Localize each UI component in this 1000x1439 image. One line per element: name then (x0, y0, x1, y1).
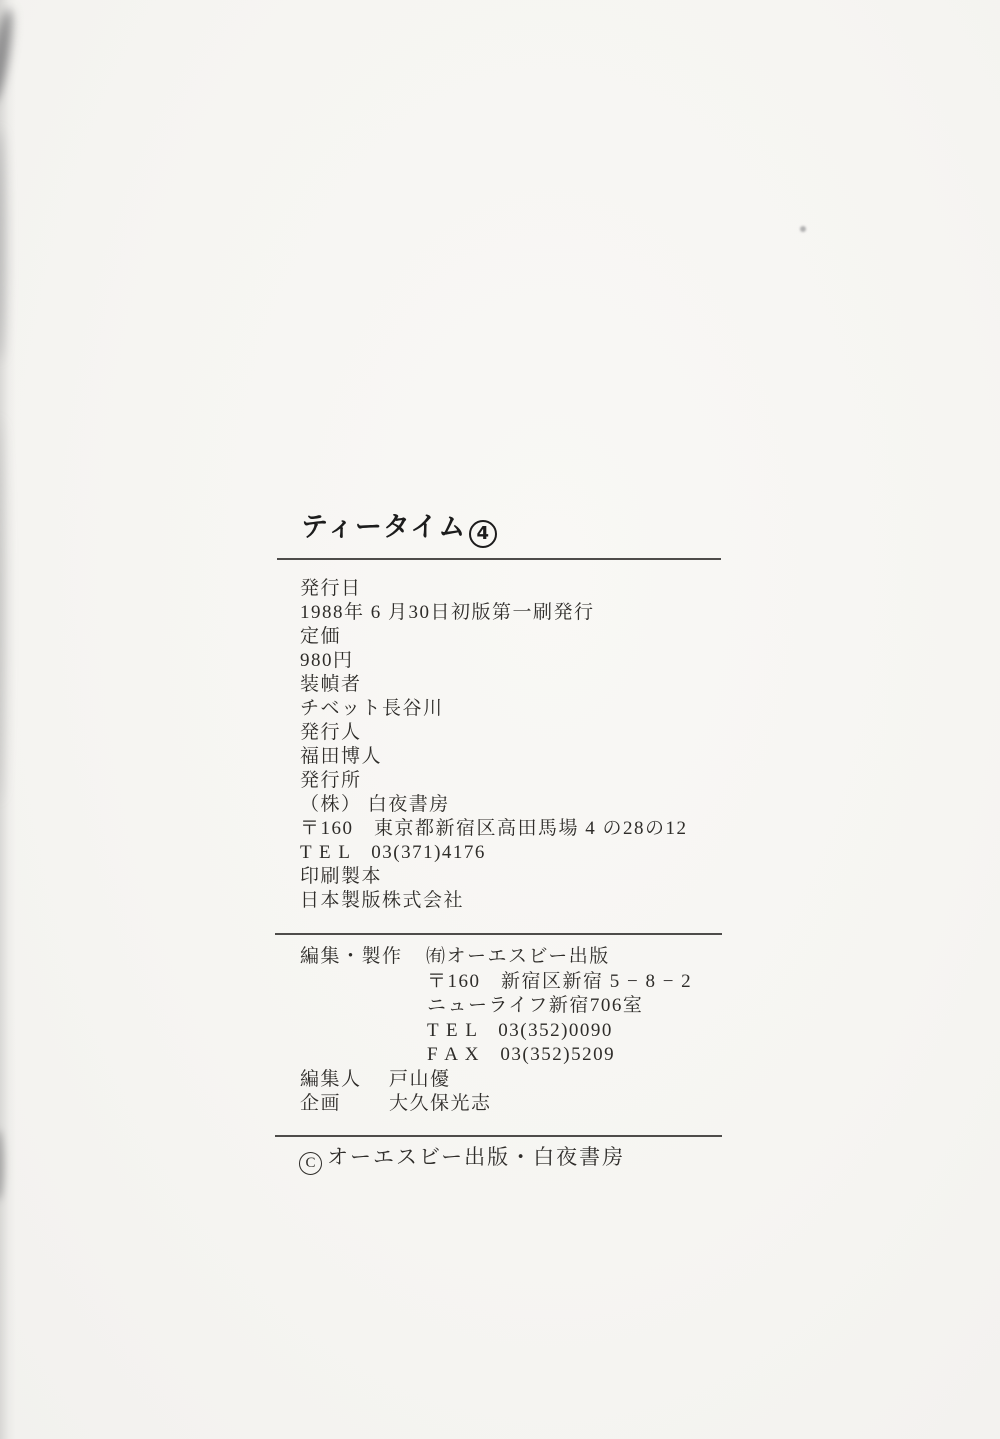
colophon-line-issue-date: 1988年 6 月30日初版第一刷発行 (300, 601, 688, 625)
editing-address-line2: ニューライフ新宿706室 (300, 994, 692, 1019)
divider-top (277, 558, 721, 560)
copyright-line: Cオーエスビー出版・白夜書房 (299, 1143, 625, 1175)
divider-middle (275, 933, 722, 935)
copyright-holders: オーエスビー出版・白夜書房 (327, 1145, 625, 1169)
editing-tel: T E L 03(352)0090 (300, 1019, 692, 1044)
editing-production-label: 編集・製作 (300, 945, 426, 970)
editing-info-block: 編集・製作㈲オーエスビー出版 〒160 新宿区新宿 5 − 8 − 2 ニューラ… (300, 945, 692, 1117)
colophon-line-issue-date-label: 発行日 (300, 577, 688, 601)
colophon-line-price-label: 定価 (300, 625, 688, 649)
publication-info-block: 発行日 1988年 6 月30日初版第一刷発行 定価 980円 装幀者 チベット… (300, 577, 688, 913)
colophon-line-designer-label: 装幀者 (300, 673, 688, 697)
editing-production-row: 編集・製作㈲オーエスビー出版 (300, 945, 692, 970)
editing-fax: F A X 03(352)5209 (300, 1043, 692, 1068)
colophon-line-publisher-address: 〒160 東京都新宿区高田馬場 4 の28の12 (300, 817, 688, 841)
colophon-line-printing-label: 印刷製本 (300, 865, 688, 889)
editor-label: 編集人 (300, 1068, 389, 1093)
planning-row: 企画大久保光志 (300, 1092, 692, 1117)
colophon-line-printing-company: 日本製版株式会社 (300, 889, 688, 913)
editing-address-line1: 〒160 新宿区新宿 5 − 8 − 2 (300, 970, 692, 995)
copyright-symbol-icon: C (299, 1152, 322, 1175)
colophon-line-price: 980円 (300, 649, 688, 673)
planner-name: 大久保光志 (389, 1093, 492, 1114)
book-title-text: ティータイム (301, 512, 466, 543)
colophon-page: ティータイム4 発行日 1988年 6 月30日初版第一刷発行 定価 980円 … (0, 0, 1000, 1439)
divider-bottom (275, 1135, 722, 1137)
colophon-line-publisher-person-label: 発行人 (300, 721, 688, 745)
editor-name: 戸山優 (389, 1069, 451, 1090)
colophon-line-designer: チベット長谷川 (300, 697, 688, 721)
volume-number-badge: 4 (469, 520, 497, 548)
colophon-line-publisher-person: 福田博人 (300, 745, 688, 769)
colophon-line-publisher-label: 発行所 (300, 769, 688, 793)
scan-speck (800, 226, 806, 232)
book-title: ティータイム4 (301, 511, 497, 548)
colophon-line-publisher-tel: T E L 03(371)4176 (300, 841, 688, 865)
editing-production-publisher: ㈲オーエスビー出版 (426, 946, 610, 967)
editor-row: 編集人戸山優 (300, 1068, 692, 1093)
colophon-line-publisher: （株） 白夜書房 (300, 793, 688, 817)
planning-label: 企画 (300, 1092, 389, 1117)
